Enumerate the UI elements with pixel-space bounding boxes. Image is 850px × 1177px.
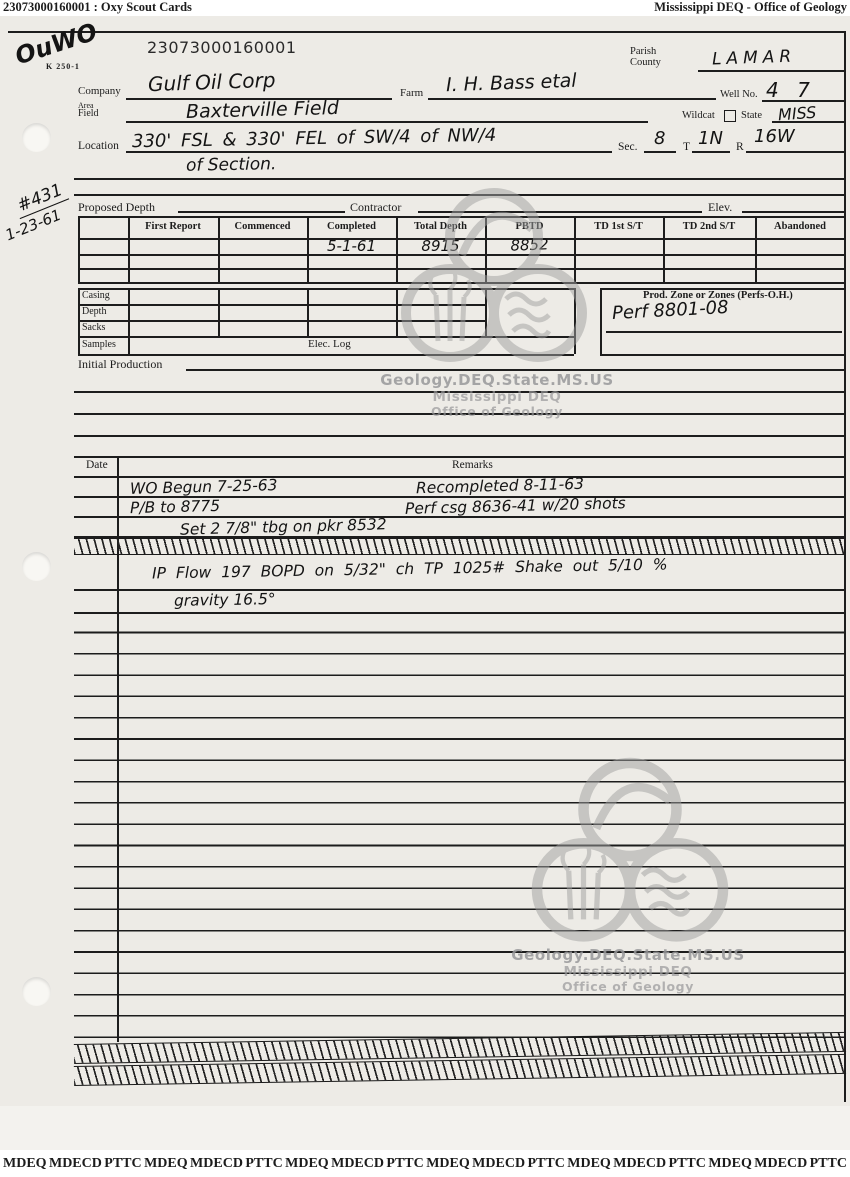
footer-token: PTTC: [386, 1156, 423, 1172]
header-doc-title: 23073000160001 : Oxy Scout Cards: [3, 0, 192, 15]
footer-token: PTTC: [104, 1156, 141, 1172]
remarks-header: Remarks: [452, 459, 493, 471]
well-no-value: 4 7: [766, 78, 816, 102]
company-value: Gulf Oil Corp: [148, 68, 276, 96]
parish-underline: [698, 70, 844, 72]
table-border: [78, 288, 80, 354]
card-top-edge: [8, 31, 846, 33]
hole-punch-middle: [22, 552, 51, 581]
col-header-first-report: First Report: [128, 221, 218, 232]
watermark-office: Office of Geology: [337, 404, 657, 419]
viewer-footer: MDEQ MDECD PTTC MDEQ MDECD PTTC MDEQ MDE…: [0, 1150, 850, 1177]
col-header-completed: Completed: [307, 221, 396, 232]
col-header-commenced: Commenced: [218, 221, 307, 232]
remark-entry: WO Begun 7-25-63: [130, 476, 278, 498]
footer-token: MDEQ: [144, 1156, 188, 1172]
location-label: Location: [78, 140, 119, 152]
sec-value: 8: [654, 128, 665, 149]
farm-label: Farm: [400, 87, 423, 99]
casing-row-label: Casing: [82, 290, 110, 301]
farm-underline: [428, 98, 716, 100]
proposed-depth-underline: [178, 211, 345, 213]
sacks-row-label: Sacks: [82, 322, 105, 333]
col-header-td-2nd: TD 2nd S/T: [663, 221, 755, 232]
prod-zone-border: [600, 288, 602, 354]
api-number: 23073000160001: [147, 38, 297, 57]
wildcat-label: Wildcat: [682, 110, 715, 121]
hole-punch-bottom: [22, 977, 51, 1006]
form-code: K 250-1: [46, 62, 80, 71]
mdeq-logo-watermark: [388, 183, 600, 379]
table-border: [78, 216, 80, 282]
footer-token: MDECD: [331, 1156, 384, 1172]
table-border: [128, 288, 130, 354]
parish-county-label: Parish County: [630, 46, 661, 68]
location-underline: [126, 151, 612, 153]
watermark-url: Geology.DEQ.State.MS.US: [468, 946, 788, 964]
samples-row-label: Samples: [82, 339, 116, 350]
rule-line: [74, 178, 845, 180]
range-value: 16W: [754, 126, 795, 147]
completed-value: 5-1-61: [307, 237, 396, 255]
sec-underline: [644, 151, 676, 153]
well-no-label: Well No.: [720, 89, 758, 100]
sec-label: Sec.: [618, 141, 637, 153]
footer-token: MDECD: [190, 1156, 243, 1172]
watermark-org: Mississippi DEQ: [337, 389, 657, 405]
footer-token: PTTC: [810, 1156, 847, 1172]
footer-token: MDEQ: [567, 1156, 611, 1172]
footer-token: MDECD: [49, 1156, 102, 1172]
header-org-title: Mississippi DEQ - Office of Geology: [654, 0, 847, 15]
remark-entry: P/B to 8775: [130, 497, 221, 517]
mdeq-logo-watermark: [518, 752, 742, 960]
company-label: Company: [78, 85, 121, 97]
footer-token: MDEQ: [708, 1156, 752, 1172]
proposed-depth-label: Proposed Depth: [78, 200, 155, 215]
wildcat-checkbox: [724, 110, 736, 122]
hatch-separator: [74, 538, 845, 555]
scanned-scout-card-page: 23073000160001 : Oxy Scout Cards Mississ…: [0, 0, 850, 1177]
location-value-line2: of Section.: [186, 154, 277, 176]
col-header-abandoned: Abandoned: [755, 221, 845, 232]
footer-token: MDEQ: [285, 1156, 329, 1172]
paper-bottom-edge: [0, 1106, 850, 1150]
elec-log-label: Elec. Log: [308, 338, 351, 350]
footer-token: MDECD: [613, 1156, 666, 1172]
watermark-office: Office of Geology: [468, 979, 788, 994]
rule-line: [74, 435, 845, 437]
rule-line: [74, 589, 845, 591]
watermark-org: Mississippi DEQ: [468, 964, 788, 980]
township-value: 1N: [698, 128, 723, 149]
footer-token: PTTC: [527, 1156, 564, 1172]
viewer-header: 23073000160001 : Oxy Scout Cards Mississ…: [0, 0, 850, 16]
range-label: R: [736, 141, 744, 153]
footer-token: PTTC: [669, 1156, 706, 1172]
farm-value: I. H. Bass etal: [446, 70, 577, 97]
footer-token: MDECD: [754, 1156, 807, 1172]
initial-production-label: Initial Production: [78, 357, 162, 372]
township-label: T: [683, 141, 690, 153]
township-underline: [692, 151, 730, 153]
area-field-label: Area Field: [78, 102, 99, 118]
elev-label: Elev.: [708, 200, 732, 215]
range-underline: [746, 151, 845, 153]
table-border: [74, 456, 845, 458]
table-border: [307, 288, 309, 336]
parish-value: LAMAR: [712, 47, 797, 70]
hole-punch-top: [22, 123, 51, 152]
footer-token: MDEQ: [426, 1156, 470, 1172]
footer-token: MDECD: [472, 1156, 525, 1172]
depth-row-label: Depth: [82, 306, 106, 317]
state-label: State: [741, 110, 762, 121]
table-border: [218, 288, 220, 336]
elev-underline: [742, 211, 845, 213]
field-value: Baxterville Field: [186, 97, 339, 123]
date-header: Date: [86, 459, 108, 471]
prod-zone-underline: [606, 331, 842, 333]
watermark-url: Geology.DEQ.State.MS.US: [337, 371, 657, 389]
prod-zone-border: [600, 354, 845, 356]
footer-token: MDEQ: [3, 1156, 47, 1172]
remark-entry: gravity 16.5°: [174, 590, 276, 610]
state-value: MISS: [777, 103, 816, 125]
footer-token: PTTC: [245, 1156, 282, 1172]
